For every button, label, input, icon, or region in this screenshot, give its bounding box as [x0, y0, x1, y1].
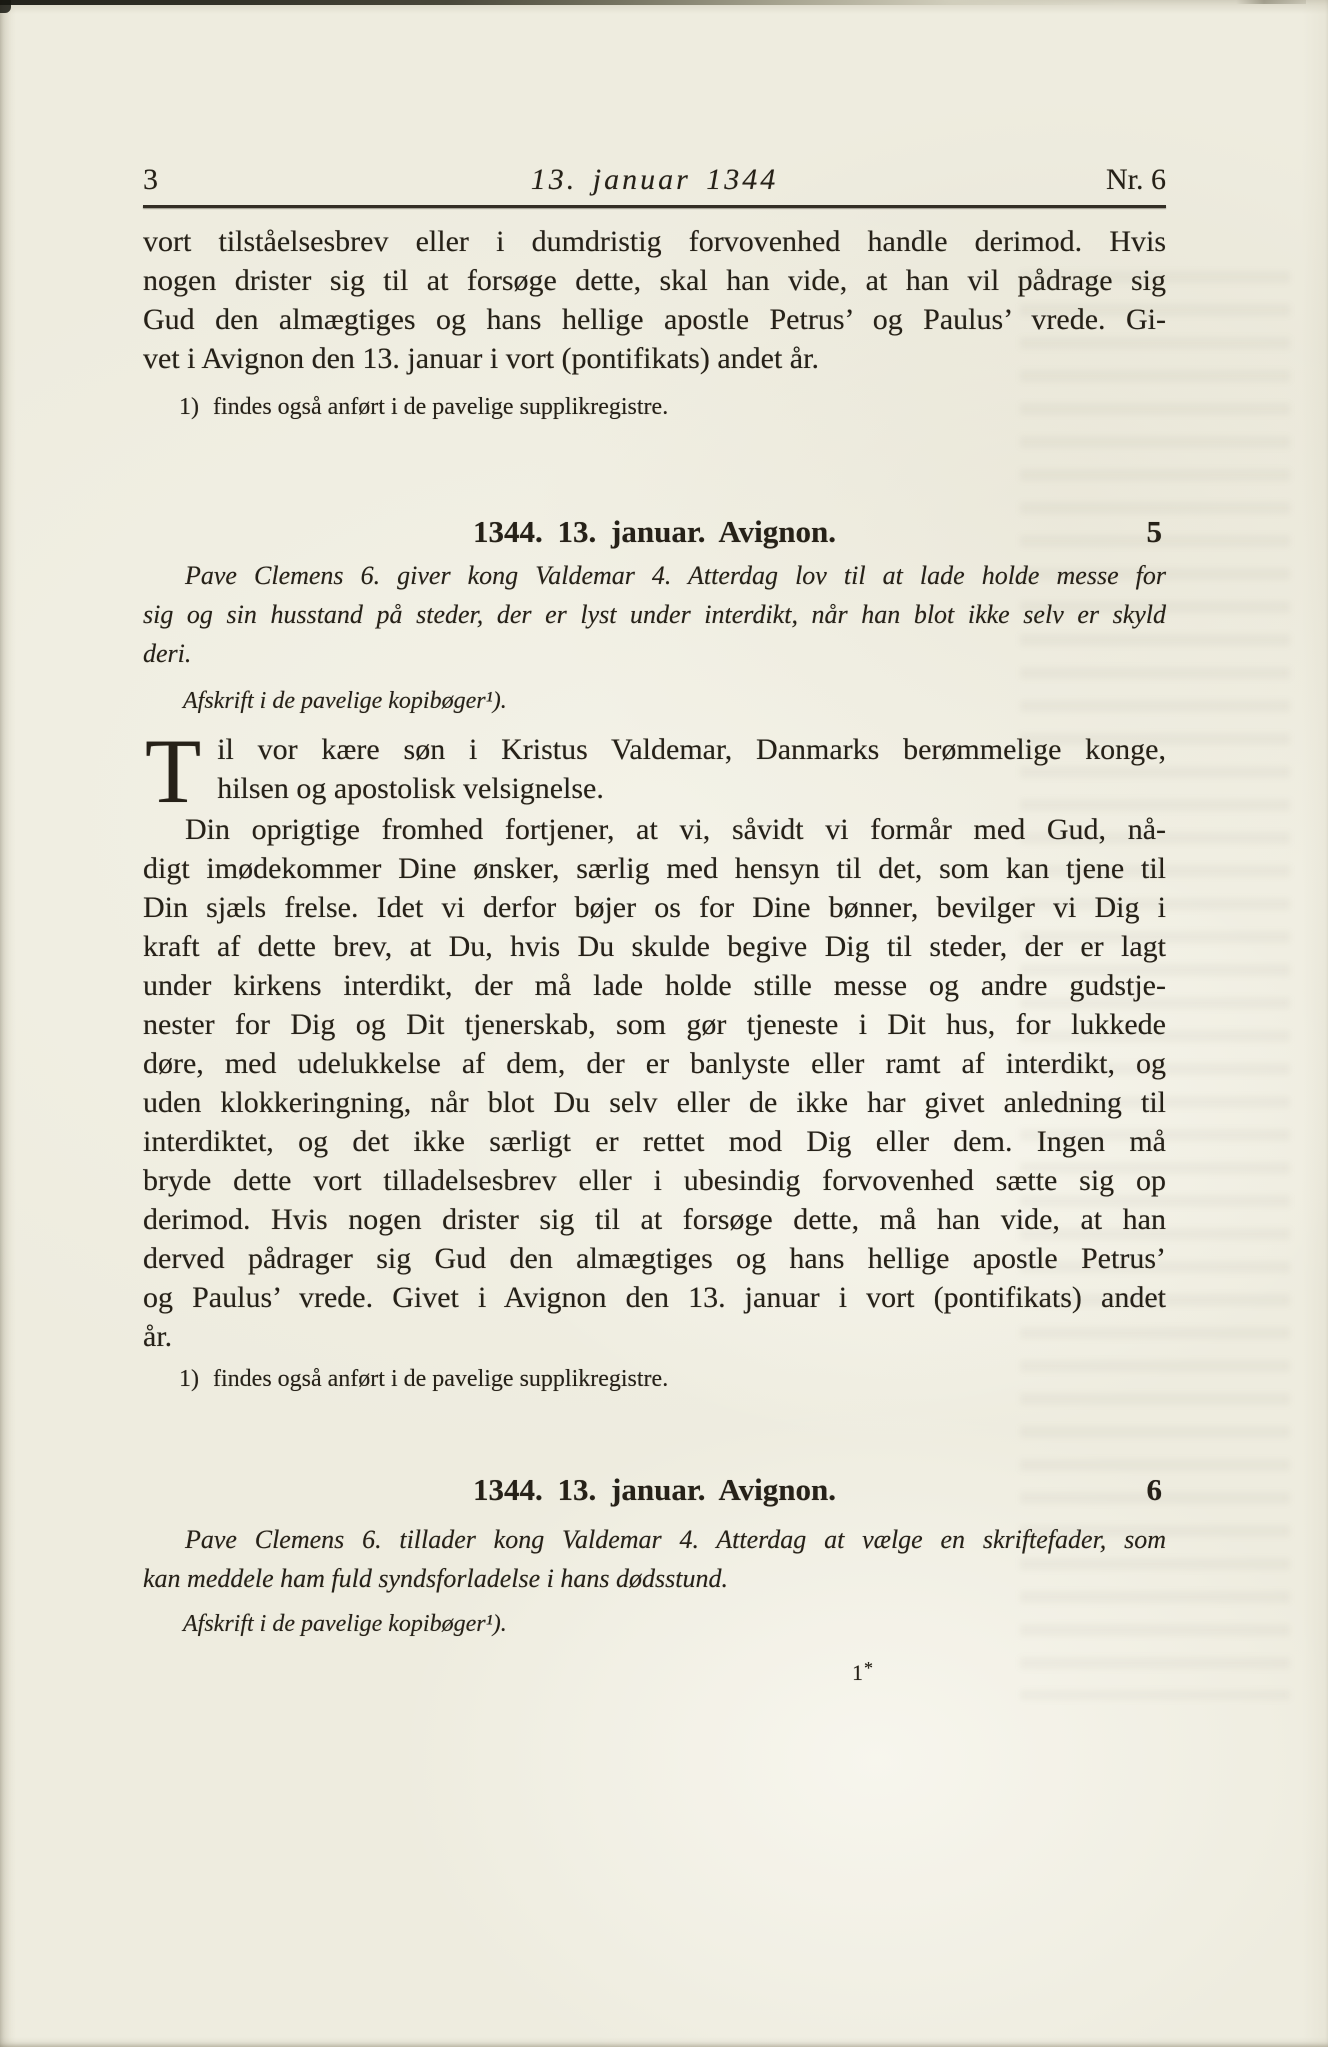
- scan-corner-artifact: [0, 0, 11, 13]
- text-line: døre, med udelukkelse af dem, der er ban…: [143, 1044, 1166, 1083]
- text-line: nester for Dig og Dit tjenerskab, som gø…: [143, 1005, 1166, 1044]
- entry-6-heading: 1344. 13. januar. Avignon.: [473, 1472, 836, 1507]
- text-line: bryde dette vort tilladelsesbrev eller i…: [143, 1161, 1166, 1200]
- text-line: Pave Clemens 6. giver kong Valdemar 4. A…: [143, 556, 1166, 595]
- header-rule: [143, 205, 1166, 208]
- footnote: 1)findes også anført i de pavelige suppl…: [143, 392, 1202, 422]
- scan-speck-artifact: [1236, 0, 1306, 4]
- text-line: kraft af dette brev, at Du, hvis Du skul…: [143, 927, 1166, 966]
- footnote-text: findes også anført i de pavelige supplik…: [213, 394, 668, 420]
- scan-top-edge-artifact: [0, 0, 1120, 5]
- footnote: 1)findes også anført i de pavelige suppl…: [143, 1364, 1202, 1394]
- entry-6-summary: Pave Clemens 6. tillader kong Valdemar 4…: [143, 1520, 1166, 1598]
- text-line: Din oprigtige fromhed fortjener, at vi, …: [143, 810, 1166, 849]
- page-header: 3 13. januar 1344 Nr. 6: [143, 160, 1166, 200]
- text-line: nogen drister sig til at forsøge dette, …: [143, 261, 1166, 300]
- text-line: uden klokkeringning, når blot Du selv el…: [143, 1083, 1166, 1122]
- drop-cap-letter: T: [145, 733, 201, 809]
- text-line: deri.: [143, 634, 1166, 673]
- text-line: vet i Avignon den 13. januar i vort (pon…: [143, 339, 1166, 378]
- entry-5-heading-row: 1344. 13. januar. Avignon. 5: [143, 512, 1166, 552]
- text-line: vort tilståelsesbrev eller i dumdristig …: [143, 222, 1166, 261]
- running-title: 13. januar 1344: [531, 163, 779, 196]
- text-line: Din sjæls frelse. Idet vi derfor bøjer o…: [143, 888, 1166, 927]
- text-line: og Paulus’ vrede. Givet i Avignon den 13…: [143, 1278, 1166, 1317]
- continuation-paragraph: vort tilståelsesbrev eller i dumdristig …: [143, 222, 1166, 378]
- entry-6-source-note: Afskrift i de pavelige kopibøger¹).: [143, 1609, 1206, 1639]
- text-line: il vor kære søn i Kristus Valdemar, Danm…: [143, 730, 1166, 769]
- entry-6-heading-row: 1344. 13. januar. Avignon. 6: [143, 1470, 1166, 1510]
- text-line: kan meddele ham fuld syndsforladelse i h…: [143, 1559, 1166, 1598]
- footnote-marker: 1): [179, 1366, 199, 1392]
- entry-5-heading: 1344. 13. januar. Avignon.: [473, 514, 836, 549]
- signature-mark-star: *: [864, 1658, 874, 1678]
- signature-mark: 1*: [852, 1656, 874, 1685]
- book-page-scan: 3 13. januar 1344 Nr. 6 vort tilståelses…: [0, 0, 1328, 2047]
- text-line: derimod. Hvis nogen drister sig til at f…: [143, 1200, 1166, 1239]
- entry-5-summary: Pave Clemens 6. giver kong Valdemar 4. A…: [143, 556, 1166, 673]
- entry-6-number: 6: [1147, 1470, 1163, 1510]
- text-line: derved pådrager sig Gud den almægtiges o…: [143, 1239, 1166, 1278]
- text-line: Gud den almægtiges og hans hellige apost…: [143, 300, 1166, 339]
- text-line: år.: [143, 1317, 1166, 1356]
- text-line: Pave Clemens 6. tillader kong Valdemar 4…: [143, 1520, 1166, 1559]
- issue-number: Nr. 6: [1106, 160, 1166, 200]
- text-line: sig og sin husstand på steder, der er ly…: [143, 595, 1166, 634]
- footnote-text: findes også anført i de pavelige supplik…: [213, 1366, 668, 1392]
- entry-5-source-note: Afskrift i de pavelige kopibøger¹).: [143, 686, 1206, 716]
- text-line: under kirkens interdikt, der må lade hol…: [143, 966, 1166, 1005]
- signature-mark-number: 1: [852, 1660, 864, 1685]
- text-line: interdiktet, og det ikke særligt er rett…: [143, 1122, 1166, 1161]
- page-number: 3: [143, 160, 158, 200]
- entry-5-letter-body: Din oprigtige fromhed fortjener, at vi, …: [143, 810, 1166, 1356]
- entry-5-letter-opening: T il vor kære søn i Kristus Valdemar, Da…: [143, 730, 1166, 809]
- footnote-marker: 1): [179, 394, 199, 420]
- text-line: digt imødekommer Dine ønsker, særlig med…: [143, 849, 1166, 888]
- text-line: hilsen og apostolisk velsignelse.: [143, 769, 1166, 808]
- entry-5-number: 5: [1147, 512, 1163, 552]
